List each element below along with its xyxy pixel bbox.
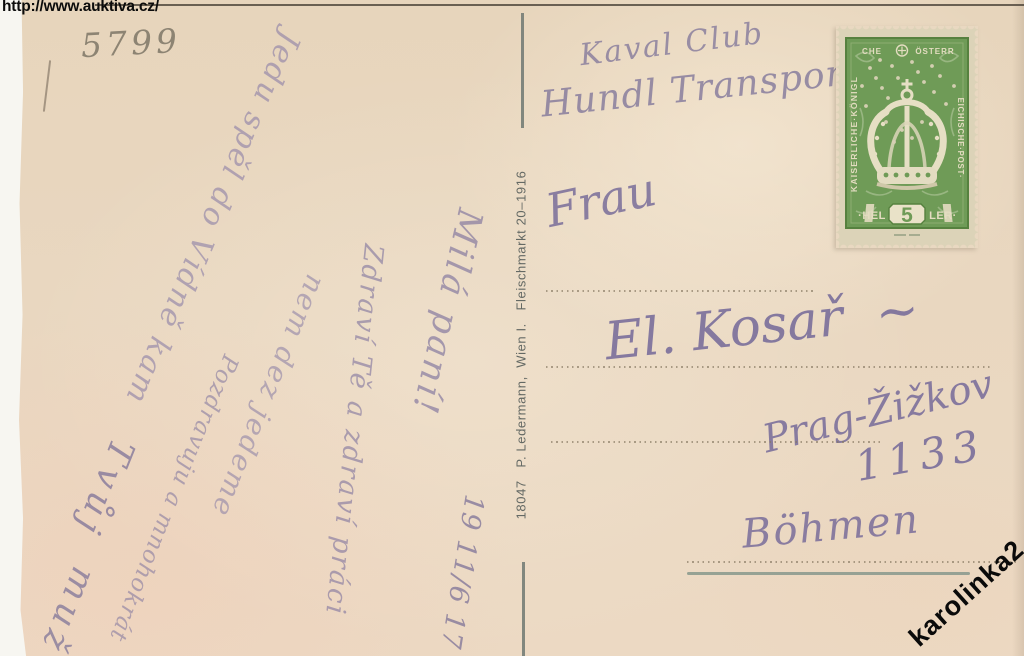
stamp-value: 5 xyxy=(901,204,913,227)
address-guide-line xyxy=(687,561,1017,563)
stamp-ler-text: LER· xyxy=(929,210,957,222)
address-underline xyxy=(687,572,970,575)
divider-bottom-segment xyxy=(522,562,525,656)
postcard-scan: http://www.auktiva.cz/ karolinka2 5799 1… xyxy=(0,0,1024,656)
stamp-left-text: KAISERLICHE·KÖNIGL xyxy=(849,76,859,192)
stamp-top-left-text: CHE xyxy=(862,47,882,56)
address-guide-line xyxy=(546,290,816,292)
postage-stamp: KAISERLICHE·KÖNIGL CHE ÖSTERR EICHISCHE·… xyxy=(836,26,978,248)
divider-top-segment xyxy=(521,13,524,128)
stamp-right-text: EICHISCHE·POST· xyxy=(956,98,965,179)
card-top-edge xyxy=(95,4,1024,6)
address-guide-line xyxy=(546,366,991,368)
auction-site-watermark: http://www.auktiva.cz/ xyxy=(2,0,159,16)
stamp-top-right-text: ÖSTERR xyxy=(915,47,954,56)
address-guide-line xyxy=(551,441,881,443)
pencil-number: 5799 xyxy=(80,24,182,62)
publisher-imprint: 18047 P. Ledermann, Wien I. Fleischmarkt… xyxy=(514,171,529,520)
